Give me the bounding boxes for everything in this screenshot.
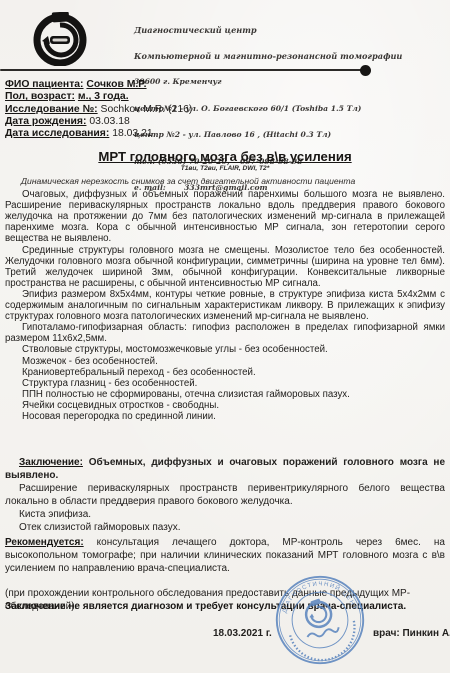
clinic-name-line2: Компьютерной и магнитно-резонансной томо… (134, 52, 434, 61)
birth-date-label: Дата рождения: (5, 116, 86, 127)
scanned-mri-report: Диагностический центр Компьютерной и маг… (0, 0, 450, 673)
finding-line: Ячейки сосцевидных отростков - свободны. (5, 400, 445, 411)
report-header: Диагностический центр Компьютерной и маг… (0, 8, 450, 70)
report-title: МРТ головного мозга без в\в усиления (0, 149, 450, 164)
conclusion-line: Киста эпифиза. (5, 508, 445, 521)
clinic-round-stamp: ДІАГНОСТИЧНИЙ ЦЕНТР (262, 562, 378, 673)
finding-line: Краниовертебральный переход - без особен… (5, 367, 445, 378)
finding-line: Структура глазниц - без особенностей. (5, 378, 445, 389)
patient-sex-age-value: м., 3 года. (78, 91, 129, 102)
findings-section: Динамическая нерезкость снимков за счет … (5, 176, 445, 422)
doctor-signature: врач: Пинкин А.Л. (373, 628, 450, 639)
finding-paragraph: Очаговых, диффузных и объемных поражений… (5, 189, 445, 244)
patient-sex-age-label: Пол, возраст: (5, 91, 75, 102)
patient-name-label: ФИО пациента: (5, 79, 84, 90)
birth-date-row: Дата рождения: 03.03.18 (5, 116, 445, 128)
patient-name-value: Сочков М.Р. (86, 79, 146, 90)
recommendation-section: Рекомендуется: консультация лечащего док… (5, 536, 445, 575)
study-number-label: Исследование №: (5, 104, 98, 115)
clinic-name-line1: Диагностический центр (134, 26, 434, 35)
report-date: 18.03.2021 г. (213, 628, 272, 639)
report-sequences: Т1ви, Т2ви, FLAIR, DWI, Т2* (0, 165, 450, 172)
study-date-row: Дата исследования: 18.03.21 (5, 128, 445, 140)
conclusion-label: Заключение: (19, 457, 83, 468)
conclusion-line: Заключение: Объемных, диффузных и очагов… (5, 456, 445, 482)
conclusion-section: Заключение: Объемных, диффузных и очагов… (5, 456, 445, 535)
patient-sex-age-row: Пол, возраст: м., 3 года. (5, 91, 445, 103)
finding-paragraph: Эпифиз размером 8х5х4мм, контуры четкие … (5, 289, 445, 322)
finding-line: Стволовые структуры, мостомозжечковые уг… (5, 344, 445, 355)
motion-artifact-note: Динамическая нерезкость снимков за счет … (5, 176, 445, 187)
conclusion-line: Расширение периваскулярных пространств п… (5, 482, 445, 508)
birth-date-value: 03.03.18 (89, 116, 129, 127)
clinic-logo-icon (28, 12, 92, 66)
not-a-diagnosis-disclaimer: Заключение не является диагнозом и требу… (5, 601, 445, 612)
finding-paragraph: Срединные структуры головного мозга не с… (5, 245, 445, 289)
finding-paragraph: Гипоталамо-гипофизарная область: гипофиз… (5, 322, 445, 344)
study-date-label: Дата исследования: (5, 128, 109, 139)
header-divider-dot (360, 65, 371, 76)
stamp-bottom-microtext (290, 620, 361, 667)
recommendation-label: Рекомендуется: (5, 537, 84, 548)
study-date-value: 18.03.21 (112, 128, 152, 139)
patient-name-row: ФИО пациента: Сочков М.Р. (5, 79, 445, 91)
study-number-value: Sochkov M.R. (216) (101, 104, 193, 115)
finding-line: ППН полностью не сформированы, отечна сл… (5, 389, 445, 400)
study-number-row: Исследование №: Sochkov M.R. (216) (5, 104, 445, 116)
stamp-center-emblem (299, 596, 340, 640)
finding-line: Носовая перегородка по срединной линии. (5, 411, 445, 422)
finding-line: Мозжечок - без особенностей. (5, 356, 445, 367)
conclusion-line: Отек слизистой гайморовых пазух. (5, 521, 445, 534)
patient-info-block: ФИО пациента: Сочков М.Р. Пол, возраст: … (5, 79, 445, 140)
